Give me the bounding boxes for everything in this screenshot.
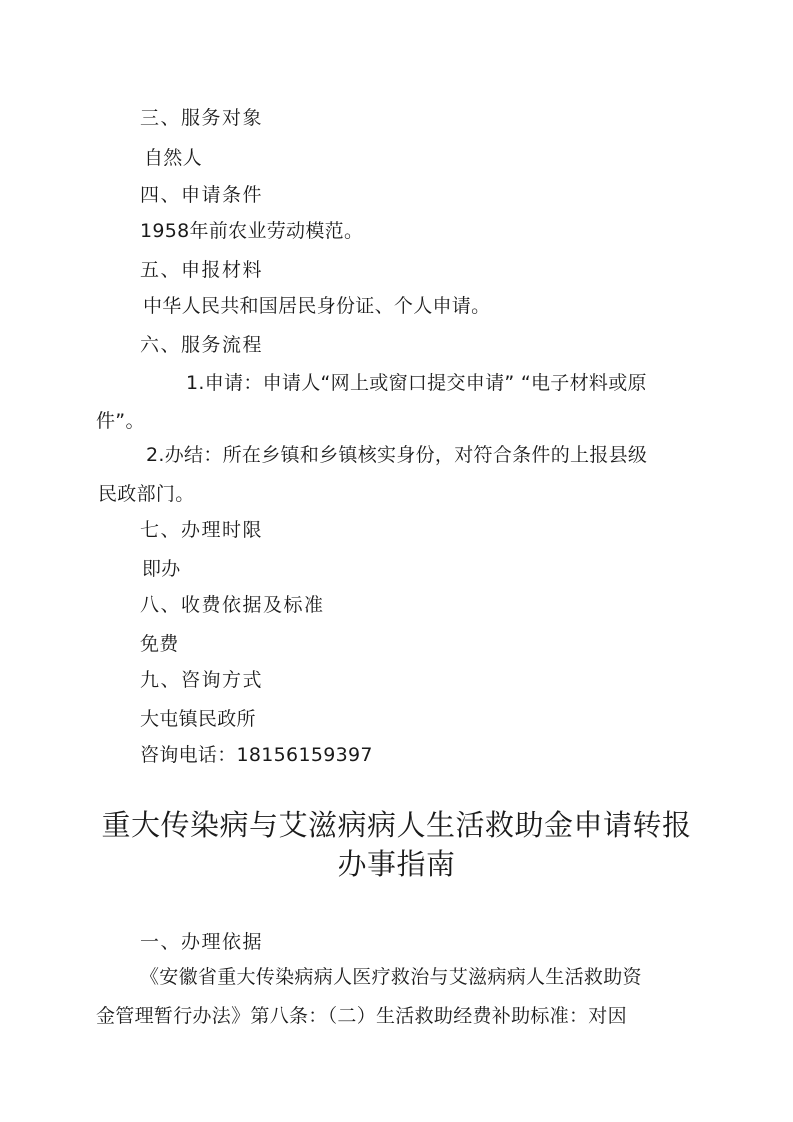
basis-text-line-2: 金管理暂行办法》第八条：（二）生活救助经费补助标准：对因 [96,1004,627,1028]
time-limit-text: 即办 [142,557,181,581]
basis-text-line-1: 《安徽省重大传染病病人医疗救治与艾滋病病人生活救助资 [140,965,642,989]
process-step-1-line-1: 1.申请：申请人“网上或窗口提交申请” “电子材料或原 [186,371,647,395]
section-heading-materials: 五、申报材料 [140,258,263,282]
consultation-phone: 咨询电话：18156159397 [140,743,373,767]
fees-text: 免费 [140,632,179,656]
conditions-text: 1958年前农业劳动模范。 [140,219,363,243]
guide-title-line-1: 重大传染病与艾滋病病人生活救助金申请转报 [0,806,793,844]
guide-title-line-2: 办事指南 [0,845,793,883]
section-heading-fees: 八、收费依据及标准 [140,593,325,617]
section-heading-time-limit: 七、办理时限 [140,518,263,542]
section-heading-conditions: 四、申请条件 [140,183,263,207]
section-heading-basis: 一、办理依据 [140,930,263,954]
process-step-2-line-2: 民政部门。 [98,482,195,506]
service-target-text: 自然人 [144,146,202,170]
process-step-1-line-2: 件”。 [96,409,145,433]
document-page: 三、服务对象 自然人 四、申请条件 1958年前农业劳动模范。 五、申报材料 中… [0,0,793,1122]
section-heading-consultation: 九、咨询方式 [140,668,263,692]
process-step-2-line-1: 2.办结：所在乡镇和乡镇核实身份，对符合条件的上报县级 [146,443,647,467]
section-heading-service-target: 三、服务对象 [140,106,263,130]
consultation-office: 大屯镇民政所 [140,707,256,731]
section-heading-process: 六、服务流程 [140,333,263,357]
materials-text: 中华人民共和国居民身份证、个人申请。 [143,294,490,318]
